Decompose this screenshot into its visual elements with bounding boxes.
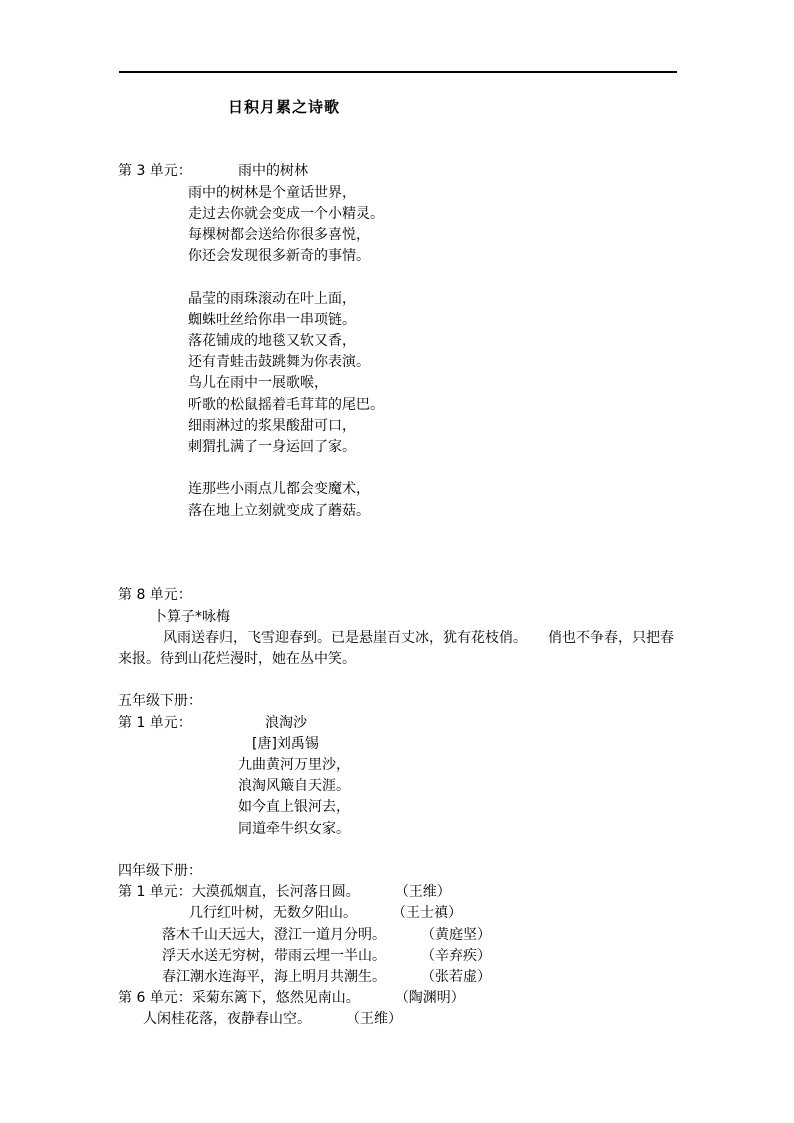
poem-line: 听歌的松鼠摇着毛茸茸的尾巴。: [188, 395, 678, 416]
blank-line: [118, 840, 678, 861]
poem-line: 细雨淋过的浆果酸甜可口，: [188, 416, 678, 437]
unit8-label: 第 8 单元：: [118, 585, 678, 606]
blank-line: [118, 267, 678, 288]
poem-line: 九曲黄河万里沙，: [238, 755, 678, 776]
poem-line: 蜘蛛吐丝给你串一串项链。: [188, 310, 678, 331]
document-page: 日积月累之诗歌 第 3 单元：雨中的树林 雨中的树林是个童话世界， 走过去你就会…: [0, 0, 794, 1123]
poem-line: 来报。待到山花烂漫时，她在丛中笑。: [118, 649, 678, 670]
poem-line: 每棵树都会送给你很多喜悦，: [188, 225, 678, 246]
blank-line: [118, 140, 678, 161]
verse-row: 人闲桂花落，夜静春山空。（王维）: [143, 1009, 678, 1030]
document-content: 日积月累之诗歌 第 3 单元：雨中的树林 雨中的树林是个童话世界， 走过去你就会…: [118, 95, 678, 1031]
blank-line: [118, 564, 678, 585]
poem-line: 还有青蛙击鼓跳舞为你表演。: [188, 352, 678, 373]
grade4-heading: 四年级下册：: [118, 861, 678, 882]
verse-author: （王维）: [353, 1011, 402, 1027]
verse-text: 浮天水送无穷树，带雨云埋一半山。: [162, 948, 386, 964]
unit3-label: 第 3 单元：: [118, 161, 238, 182]
header-rule: [119, 71, 677, 73]
verse-row: 春江潮水连海平，海上明月共潮生。（张若虚）: [162, 967, 678, 988]
poem-line: 落花铺成的地毯又软又香，: [188, 331, 678, 352]
verse-author: （陶渊明）: [402, 990, 465, 1006]
poem-line: 刺猬扎满了一身运回了家。: [188, 437, 678, 458]
blank-line: [118, 119, 678, 140]
verse-row: 落木千山天远大，澄江一道月分明。（黄庭坚）: [162, 925, 678, 946]
poem-line: 如今直上银河去，: [238, 797, 678, 818]
poem-line: 雨中的树林是个童话世界，: [188, 183, 678, 204]
page-title: 日积月累之诗歌: [228, 95, 678, 119]
verse-text: 采菊东篱下，悠然见南山。: [192, 990, 360, 1006]
unit3-poem-title: 雨中的树林: [238, 163, 308, 179]
verse-row: 几行红叶树，无数夕阳山。（王士禛）: [189, 903, 678, 924]
grade4-unit6-label: 第 6 单元：: [118, 990, 192, 1006]
verse-author: （王士禛）: [399, 905, 462, 921]
verse-text: 几行红叶树，无数夕阳山。: [189, 905, 357, 921]
blank-line: [118, 543, 678, 564]
grade5-unit1-row: 第 1 单元：浪淘沙: [118, 713, 678, 734]
poem-line: 晶莹的雨珠滚动在叶上面，: [188, 289, 678, 310]
verse-row: 第 6 单元：采菊东篱下，悠然见南山。（陶渊明）: [118, 988, 678, 1009]
blank-line: [118, 670, 678, 691]
grade5-unit1-label: 第 1 单元：: [118, 713, 265, 734]
poem-line: 落在地上立刻就变成了蘑菇。: [188, 501, 678, 522]
poem-line: 浪淘风簸自天涯。: [238, 776, 678, 797]
verse-author: （辛弃疾）: [428, 948, 491, 964]
verse-text: 人闲桂花落，夜静春山空。: [143, 1011, 311, 1027]
poem-line: 走过去你就会变成一个小精灵。: [188, 204, 678, 225]
verse-text: 大漠孤烟直，长河落日圆。: [192, 884, 360, 900]
poem-line: 同道牵牛织女家。: [238, 819, 678, 840]
poem-line: 连那些小雨点儿都会变魔术，: [188, 479, 678, 500]
verse-text: 落木千山天远大，澄江一道月分明。: [162, 927, 386, 943]
poet-name: [唐]刘禹锡: [252, 734, 678, 755]
blank-line: [118, 458, 678, 479]
verse-row: 浮天水送无穷树，带雨云埋一半山。（辛弃疾）: [162, 946, 678, 967]
grade4-unit1-label: 第 1 单元：: [118, 884, 192, 900]
unit8-poem-title: 卜算子*咏梅: [153, 607, 678, 628]
grade5-poem-title: 浪淘沙: [265, 715, 307, 731]
verse-author: （黄庭坚）: [428, 927, 491, 943]
verse-author: （王维）: [402, 884, 451, 900]
unit3-header-row: 第 3 单元：雨中的树林: [118, 161, 678, 182]
verse-author: （张若虚）: [428, 969, 491, 985]
verse-row: 第 1 单元：大漠孤烟直，长河落日圆。（王维）: [118, 882, 678, 903]
grade5-heading: 五年级下册：: [118, 691, 678, 712]
poem-line: 风雨送春归，飞雪迎春到。已是悬崖百丈冰，犹有花枝俏。 俏也不争春，只把春: [163, 628, 678, 649]
blank-line: [118, 522, 678, 543]
poem-line: 鸟儿在雨中一展歌喉，: [188, 373, 678, 394]
verse-text: 春江潮水连海平，海上明月共潮生。: [162, 969, 386, 985]
poem-line: 你还会发现很多新奇的事情。: [188, 246, 678, 267]
